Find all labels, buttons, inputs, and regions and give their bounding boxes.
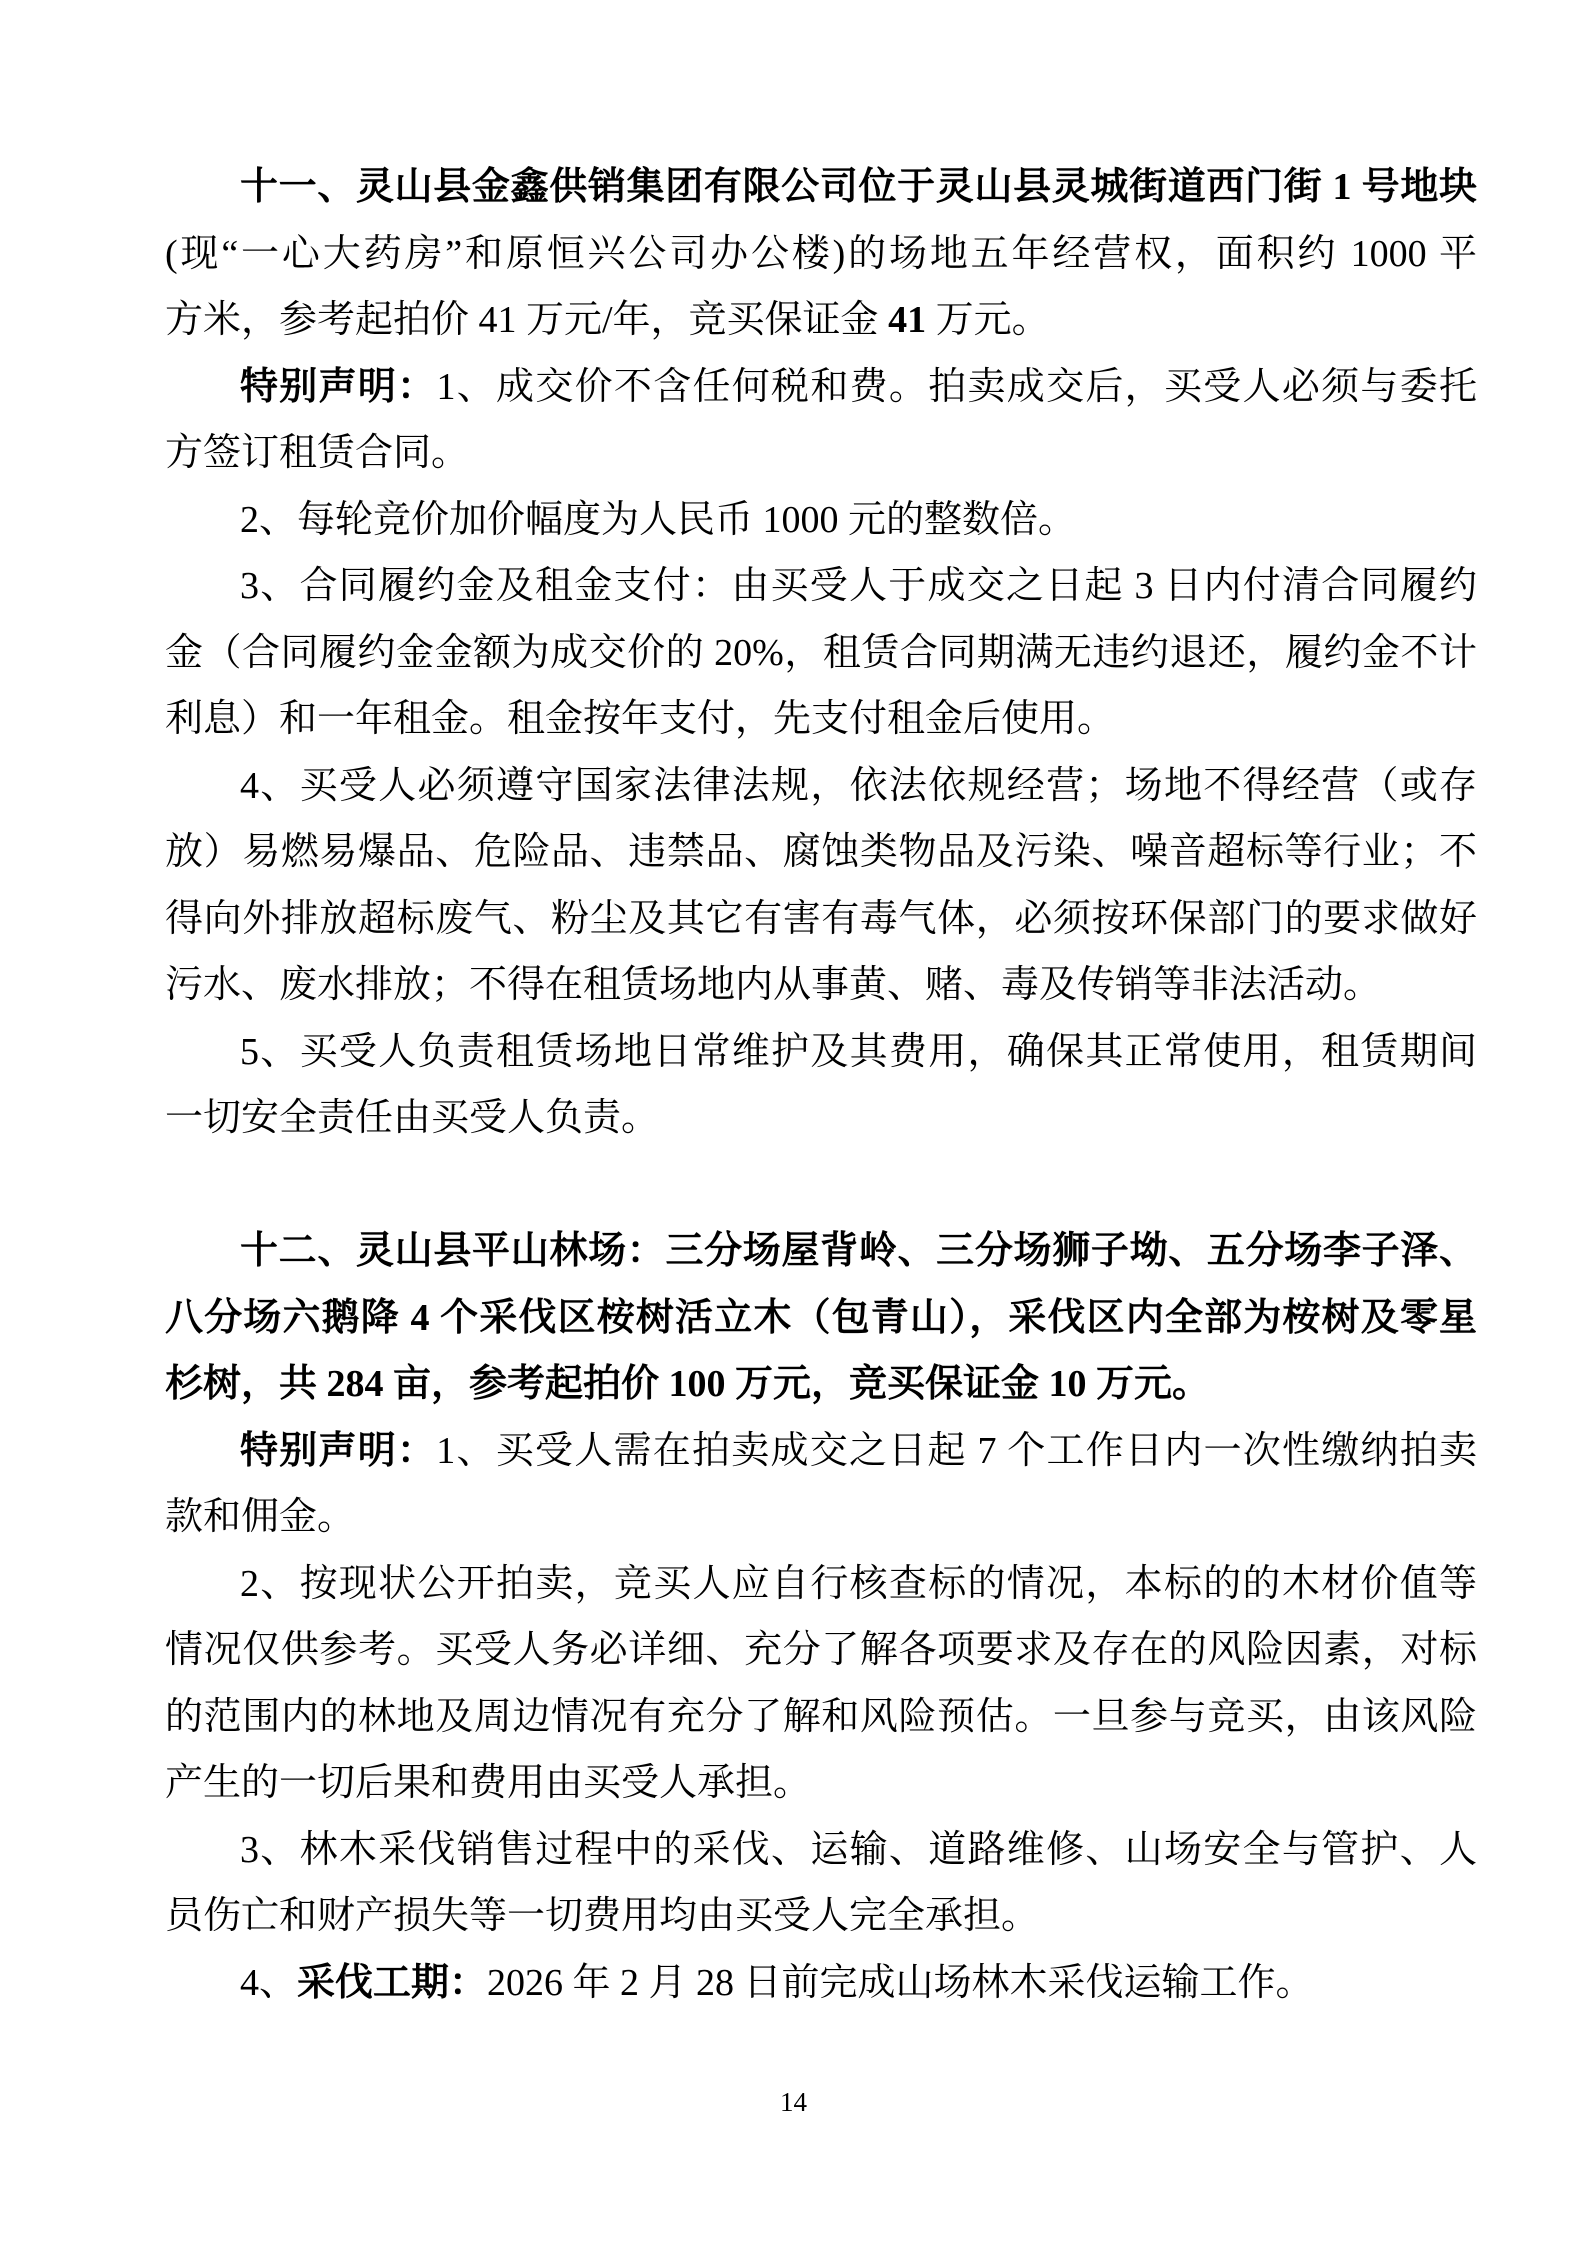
text-line: 八分场六鹅降 4 个采伐区桉树活立木（包青山），采伐区内全部为桉树及零星 bbox=[165, 1285, 1477, 1352]
text-line: 5、买受人负责租赁场地日常维护及其费用，确保其正常使用，租赁期间 bbox=[165, 1019, 1477, 1086]
text-line: 情况仅供参考。买受人务必详细、充分了解各项要求及存在的风险因素，对标 bbox=[165, 1617, 1477, 1684]
text-line: 十二、灵山县平山林场：三分场屋背岭、三分场狮子坳、五分场李子泽、 bbox=[165, 1218, 1477, 1285]
text-line: 利息）和一年租金。租金按年支付，先支付租金后使用。 bbox=[165, 686, 1477, 753]
text-segment: 2、每轮竞价加价幅度为人民币 1000 元的整数倍。 bbox=[240, 499, 1076, 541]
text-segment: 方米，参考起拍价 41 万元/年，竞买保证金 bbox=[165, 299, 888, 341]
text-line: 款和佣金。 bbox=[165, 1484, 1477, 1551]
text-segment: 1、买受人需在拍卖成交之日起 7 个工作日内一次性缴纳拍卖 bbox=[436, 1430, 1477, 1472]
bold-text-segment: 杉树，共 284 亩，参考起拍价 100 万元，竞买保证金 10 万元。 bbox=[165, 1363, 1210, 1405]
text-line: 的范围内的林地及周边情况有充分了解和风险预估。一旦参与竞买，由该风险 bbox=[165, 1684, 1477, 1751]
text-segment: (现“一心大药房”和原恒兴公司办公楼)的场地五年经营权，面积约 1000 平 bbox=[165, 233, 1477, 275]
bold-text-segment: 41 bbox=[888, 299, 926, 341]
text-segment: 2026 年 2 月 28 日前完成山场林木采伐运输工作。 bbox=[487, 1962, 1314, 2004]
text-line: 产生的一切后果和费用由买受人承担。 bbox=[165, 1750, 1477, 1817]
text-line: 4、买受人必须遵守国家法律法规，依法依规经营；场地不得经营（或存 bbox=[165, 753, 1477, 820]
text-segment: 得向外排放超标废气、粉尘及其它有害有毒气体，必须按环保部门的要求做好 bbox=[165, 898, 1477, 940]
bold-text-segment: 采伐工期： bbox=[297, 1962, 487, 2004]
text-segment: 利息）和一年租金。租金按年支付，先支付租金后使用。 bbox=[165, 698, 1115, 740]
text-line: 得向外排放超标废气、粉尘及其它有害有毒气体，必须按环保部门的要求做好 bbox=[165, 886, 1477, 953]
text-segment: 3、林木采伐销售过程中的采伐、运输、道路维修、山场安全与管护、人 bbox=[240, 1829, 1477, 1871]
text-line: 污水、废水排放；不得在租赁场地内从事黄、赌、毒及传销等非法活动。 bbox=[165, 952, 1477, 1019]
text-segment: 放）易燃易爆品、危险品、违禁品、腐蚀类物品及污染、噪音超标等行业；不 bbox=[165, 831, 1477, 873]
document-page: 十一、灵山县金鑫供销集团有限公司位于灵山县灵城街道西门街 1 号地块(现“一心大… bbox=[0, 0, 1587, 2244]
text-line: 特别声明：1、买受人需在拍卖成交之日起 7 个工作日内一次性缴纳拍卖 bbox=[165, 1418, 1477, 1485]
text-segment: 污水、废水排放；不得在租赁场地内从事黄、赌、毒及传销等非法活动。 bbox=[165, 964, 1381, 1006]
text-line: (现“一心大药房”和原恒兴公司办公楼)的场地五年经营权，面积约 1000 平 bbox=[165, 221, 1477, 288]
text-line: 2、按现状公开拍卖，竞买人应自行核查标的情况，本标的的木材价值等 bbox=[165, 1551, 1477, 1618]
text-line: 放）易燃易爆品、危险品、违禁品、腐蚀类物品及污染、噪音超标等行业；不 bbox=[165, 819, 1477, 886]
text-segment: 万元。 bbox=[926, 299, 1050, 341]
text-line: 方米，参考起拍价 41 万元/年，竞买保证金 41 万元。 bbox=[165, 287, 1477, 354]
text-line: 一切安全责任由买受人负责。 bbox=[165, 1085, 1477, 1152]
text-segment: 一切安全责任由买受人负责。 bbox=[165, 1097, 659, 1139]
text-line: 十一、灵山县金鑫供销集团有限公司位于灵山县灵城街道西门街 1 号地块 bbox=[165, 154, 1477, 221]
text-line: 员伤亡和财产损失等一切费用均由买受人完全承担。 bbox=[165, 1883, 1477, 1950]
text-segment: 5、买受人负责租赁场地日常维护及其费用，确保其正常使用，租赁期间 bbox=[240, 1031, 1477, 1073]
text-line: 金（合同履约金金额为成交价的 20%，租赁合同期满无违约退还，履约金不计 bbox=[165, 620, 1477, 687]
text-segment: 产生的一切后果和费用由买受人承担。 bbox=[165, 1762, 811, 1804]
text-line: 杉树，共 284 亩，参考起拍价 100 万元，竞买保证金 10 万元。 bbox=[165, 1351, 1477, 1418]
bold-text-segment: 十二、灵山县平山林场：三分场屋背岭、三分场狮子坳、五分场李子泽、 bbox=[240, 1230, 1477, 1272]
text-segment: 方签订租赁合同。 bbox=[165, 432, 469, 474]
text-line: 3、林木采伐销售过程中的采伐、运输、道路维修、山场安全与管护、人 bbox=[165, 1817, 1477, 1884]
text-segment: 3、合同履约金及租金支付：由买受人于成交之日起 3 日内付清合同履约 bbox=[240, 565, 1477, 607]
text-segment: 员伤亡和财产损失等一切费用均由买受人完全承担。 bbox=[165, 1895, 1039, 1937]
page-number: 14 bbox=[0, 2082, 1587, 2122]
text-segment: 金（合同履约金金额为成交价的 20%，租赁合同期满无违约退还，履约金不计 bbox=[165, 632, 1477, 674]
bold-text-segment: 特别声明： bbox=[240, 1430, 436, 1472]
text-line: 4、采伐工期：2026 年 2 月 28 日前完成山场林木采伐运输工作。 bbox=[165, 1950, 1477, 2017]
text-line: 方签订租赁合同。 bbox=[165, 420, 1477, 487]
text-segment: 款和佣金。 bbox=[165, 1496, 355, 1538]
bold-text-segment: 十一、灵山县金鑫供销集团有限公司位于灵山县灵城街道西门街 1 号地块 bbox=[240, 166, 1477, 208]
text-segment: 2、按现状公开拍卖，竞买人应自行核查标的情况，本标的的木材价值等 bbox=[240, 1563, 1477, 1605]
text-segment: 4、 bbox=[240, 1962, 297, 2004]
text-line: 特别声明：1、成交价不含任何税和费。拍卖成交后，买受人必须与委托 bbox=[165, 354, 1477, 421]
bold-text-segment: 八分场六鹅降 4 个采伐区桉树活立木（包青山），采伐区内全部为桉树及零星 bbox=[165, 1297, 1477, 1339]
text-line: 2、每轮竞价加价幅度为人民币 1000 元的整数倍。 bbox=[165, 487, 1477, 554]
text-segment: 4、买受人必须遵守国家法律法规，依法依规经营；场地不得经营（或存 bbox=[240, 765, 1477, 807]
document-body: 十一、灵山县金鑫供销集团有限公司位于灵山县灵城街道西门街 1 号地块(现“一心大… bbox=[165, 154, 1477, 2016]
text-segment: 1、成交价不含任何税和费。拍卖成交后，买受人必须与委托 bbox=[436, 366, 1477, 408]
text-line: 3、合同履约金及租金支付：由买受人于成交之日起 3 日内付清合同履约 bbox=[165, 553, 1477, 620]
blank-line bbox=[165, 1152, 1477, 1219]
text-segment: 的范围内的林地及周边情况有充分了解和风险预估。一旦参与竞买，由该风险 bbox=[165, 1696, 1477, 1738]
text-segment: 情况仅供参考。买受人务必详细、充分了解各项要求及存在的风险因素，对标 bbox=[165, 1629, 1477, 1671]
bold-text-segment: 特别声明： bbox=[240, 366, 436, 408]
